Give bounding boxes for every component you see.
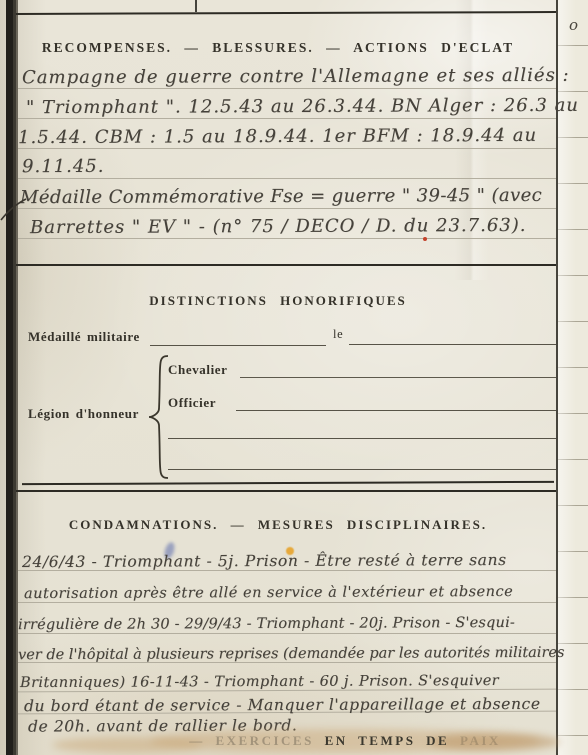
condamnations-section-title: CONDAMNATIONS. — MESURES DISCIPLINAIRES.	[0, 517, 556, 533]
handwritten-punishment-line: du bord étant de service - Manquer l'app…	[24, 695, 541, 715]
ruled-line	[18, 88, 556, 89]
chevalier-label: Chevalier	[168, 362, 228, 378]
ruled-line	[18, 633, 556, 634]
next-section-heading: — EXERCICES EN TEMPS DE PAIX	[130, 733, 560, 749]
blank-field-line	[236, 410, 556, 411]
stamp-faded-prefix: — EXERCICES	[189, 733, 314, 748]
officier-label: Officier	[168, 395, 216, 411]
stamp-faded-suffix: PAIX	[460, 733, 501, 748]
margin-check-mark	[0, 192, 28, 224]
ruled-line	[18, 148, 556, 149]
handwritten-punishment-line: ver de l'hôpital à plusieurs reprises (d…	[18, 645, 564, 663]
handwritten-medal-line: Barrettes " EV " - (n° 75 / DECO / D. du…	[30, 215, 527, 238]
blank-field-line	[168, 438, 556, 439]
handwritten-punishment-line: 24/6/43 - Triomphant - 5j. Prison - Être…	[22, 551, 507, 571]
ruled-line	[18, 238, 556, 239]
ruled-line	[18, 602, 556, 603]
distinctions-section-title: DISTINCTIONS HONORIFIQUES	[0, 293, 556, 309]
section-divider-rule	[16, 264, 556, 266]
section-divider-rule	[16, 490, 556, 492]
ruled-line	[18, 178, 556, 179]
recompenses-section-title: RECOMPENSES. — BLESSURES. — ACTIONS D'EC…	[0, 40, 556, 56]
ruled-line	[18, 208, 556, 209]
legion-honneur-label: Légion d'honneur	[28, 406, 139, 422]
blank-field-line	[349, 344, 556, 345]
red-ink-speck	[423, 237, 427, 241]
handwritten-punishment-line: Britanniques) 16-11-43 - Triomphant - 60…	[20, 673, 499, 691]
blank-field-line	[168, 469, 556, 470]
blank-field-line	[240, 377, 556, 379]
top-column-tick	[195, 0, 197, 12]
book-binding-edge	[6, 0, 18, 755]
handwritten-punishment-line: autorisation après être allé en service …	[24, 584, 513, 602]
handwritten-punishment-line: irrégulière de 2h 30 - 29/9/43 - Triomph…	[18, 615, 515, 633]
handwritten-campaign-line: 9.11.45.	[22, 156, 105, 177]
medaille-militaire-label: Médaillé militaire	[28, 329, 140, 345]
blank-field-line	[150, 345, 326, 346]
section-divider-rule	[22, 481, 554, 485]
ruled-line	[18, 118, 556, 119]
scanned-service-record-page: o RECOMPENSES. — BLESSURES. — ACTIONS D'…	[0, 0, 588, 755]
handwritten-campaign-line: 1.5.44. CBM : 1.5 au 18.9.44. 1er BFM : …	[18, 125, 537, 148]
stamp-visible-text: EN TEMPS DE	[325, 733, 450, 748]
handwritten-medal-line: Médaille Commémorative Fse = guerre " 39…	[20, 185, 542, 208]
le-label: le	[333, 327, 343, 342]
handwritten-campaign-line: Campagne de guerre contre l'Allemagne et…	[22, 65, 570, 88]
handwritten-campaign-line: " Triomphant ". 12.5.43 au 26.3.44. BN A…	[26, 95, 579, 118]
margin-handwritten-note: o	[569, 16, 578, 34]
